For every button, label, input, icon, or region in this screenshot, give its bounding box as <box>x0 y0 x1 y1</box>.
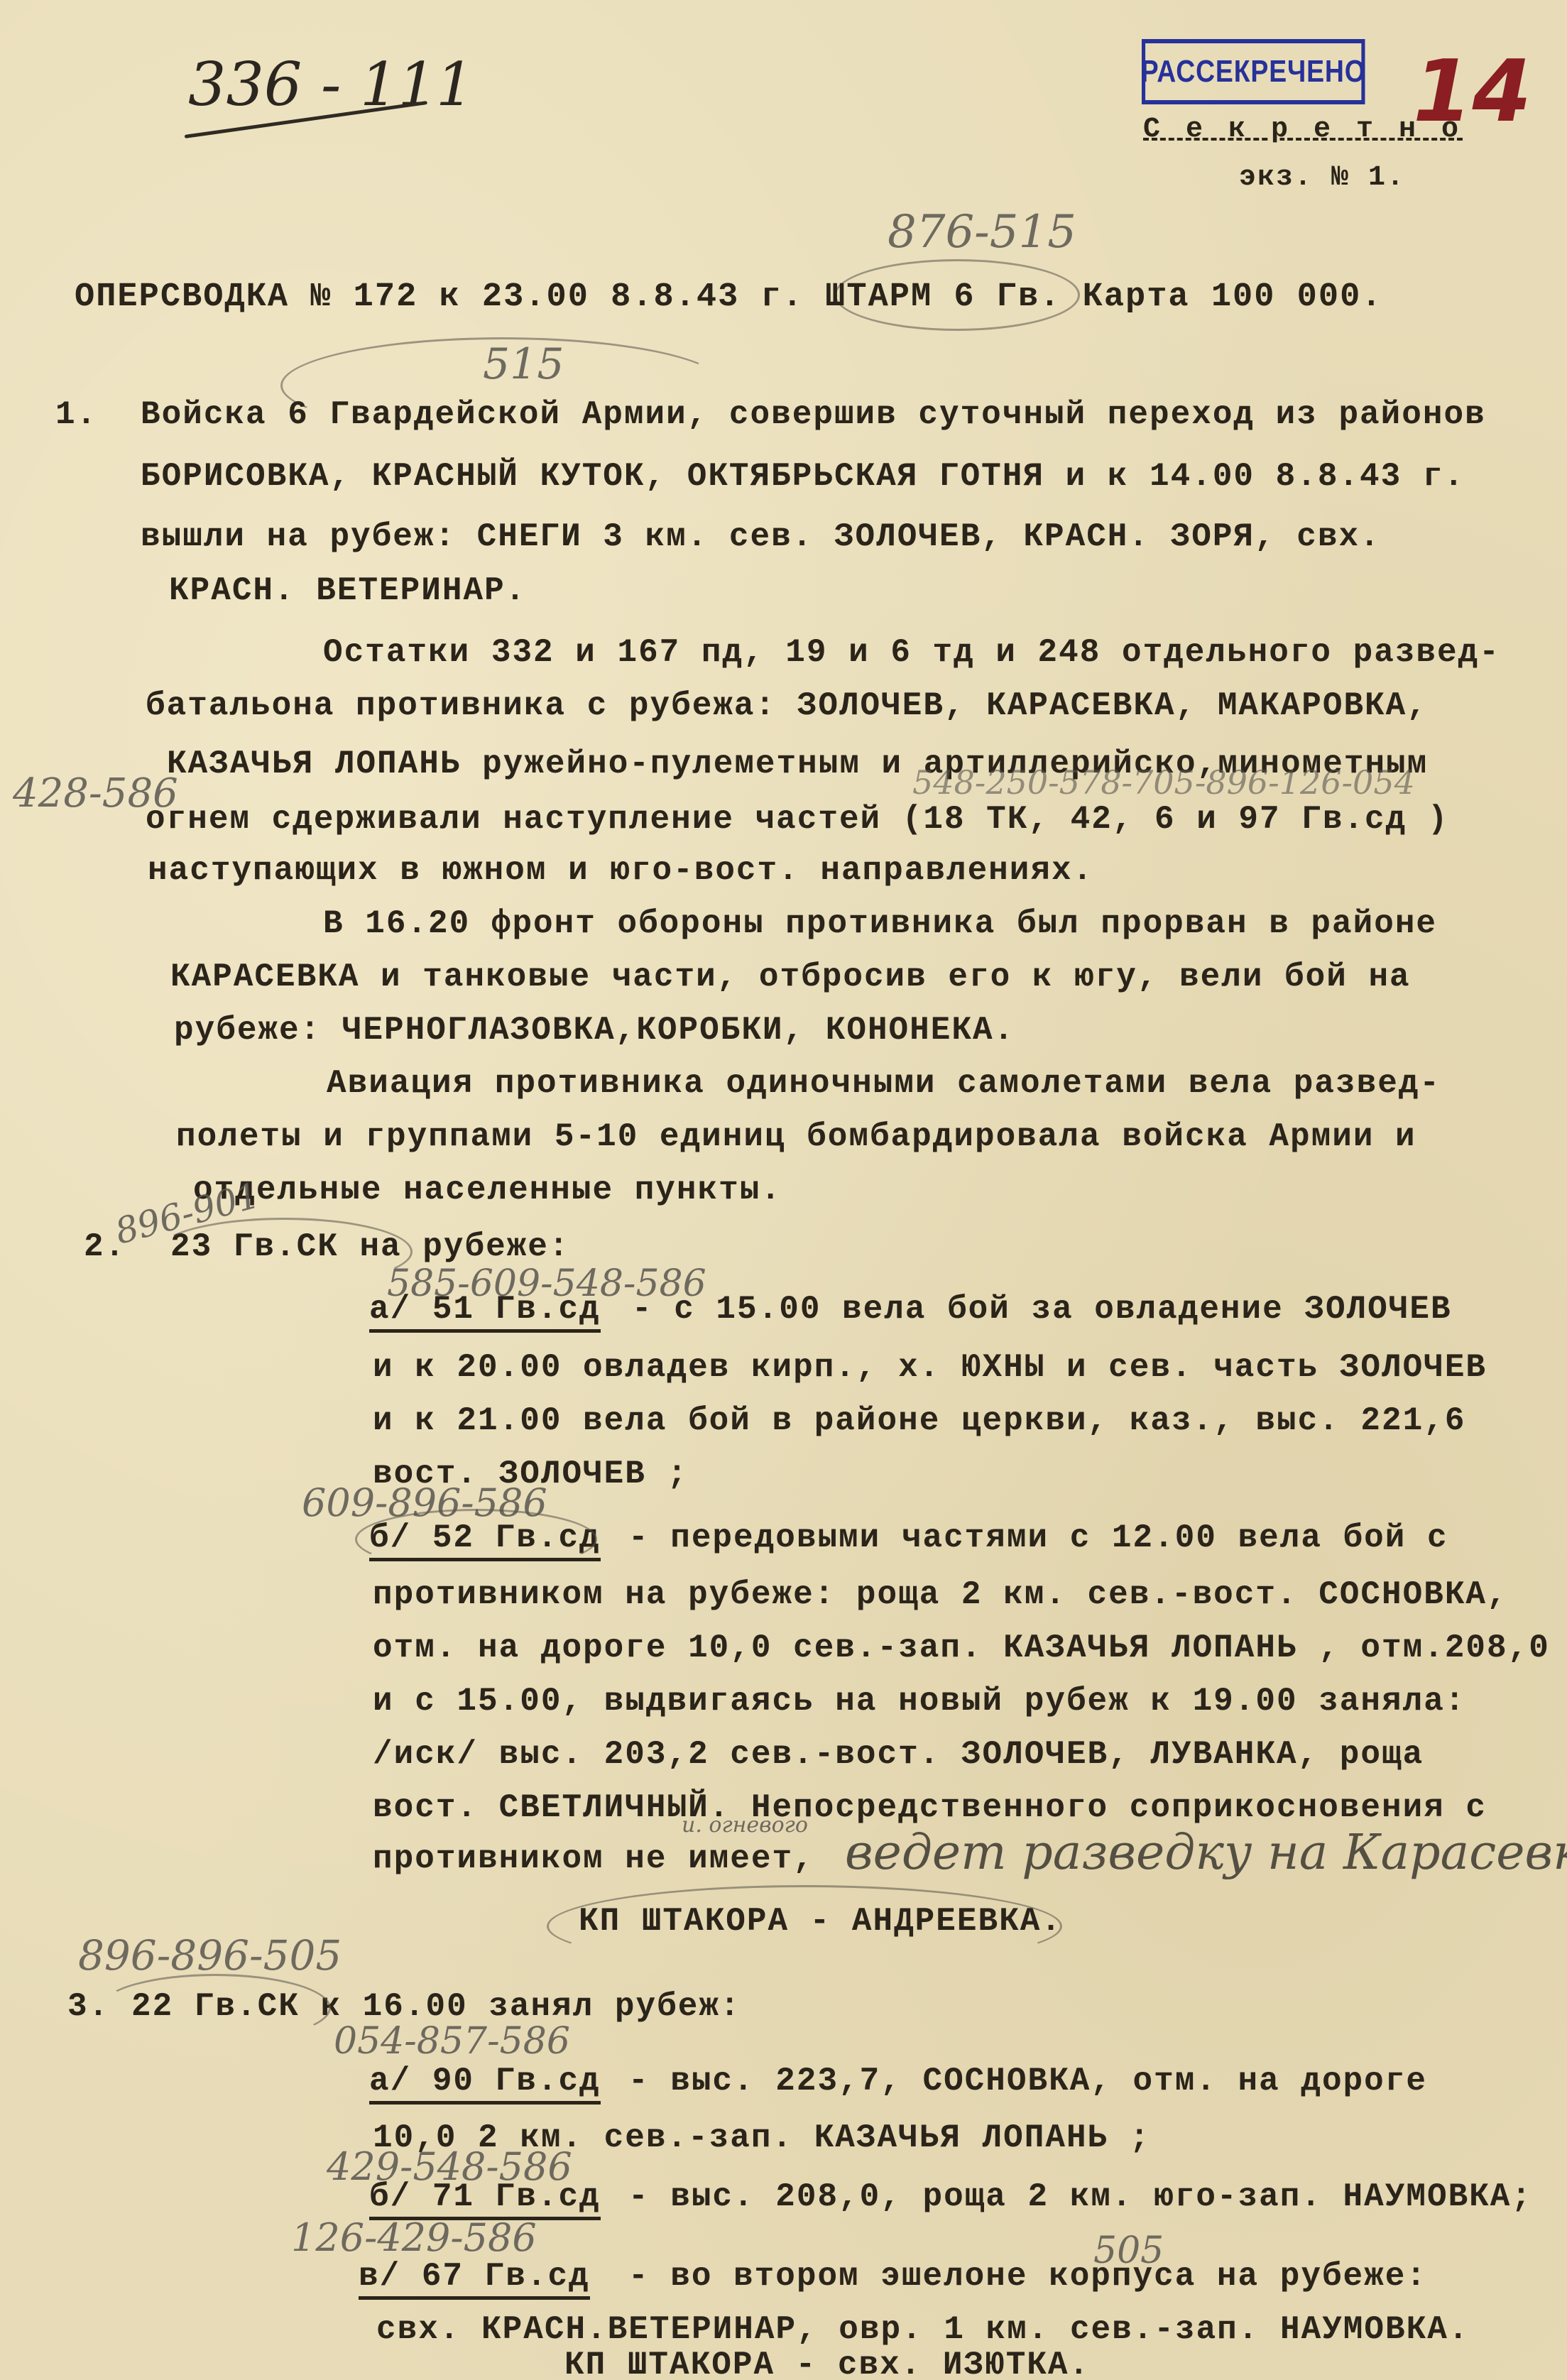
section2-item-b-circle <box>355 1509 597 1570</box>
document-title: ОПЕРСВОДКА № 172 к 23.00 8.8.43 г. ШТАРМ… <box>75 278 1382 316</box>
section1-para3-line3: рубеже: ЧЕРНОГЛАЗОВКА,КОРОБКИ, КОНОНЕКА. <box>174 1012 1015 1049</box>
section2-item-b-line6: вост. СВЕТЛИЧНЫЙ. Непосредственного сопр… <box>373 1789 1487 1826</box>
section3-item-c-line2: свх. КРАСН.ВЕТЕРИНАР, овр. 1 км. сев.-за… <box>376 2311 1469 2348</box>
section1-para2-line5: наступающих в южном и юго-вост. направле… <box>148 852 1093 889</box>
archival-document-page: 336 - 111 РАССЕКРЕЧЕНО 14 С е к р е т н … <box>0 0 1567 2380</box>
copy-number: экз. № 1. <box>1239 162 1405 194</box>
section3-item-c-annotation: 126-429-586 <box>291 2215 537 2260</box>
section1-para2-line2: батальона противника с рубежа: ЗОЛОЧЕВ, … <box>146 687 1428 724</box>
section1-para4-line1: Авиация противника одиночными самолетами… <box>327 1065 1441 1102</box>
section2-heading-circle <box>156 1218 413 1286</box>
section1-inline-annotation: 548-250-578-705-896-126-054 <box>912 763 1415 802</box>
section2-item-b-insertion: и. огневого <box>682 1813 808 1838</box>
section3-annotation: 896-896-505 <box>78 1931 342 1980</box>
section1-para4-line2: полеты и группами 5-10 единиц бомбардиро… <box>176 1118 1416 1155</box>
command-post-circle <box>547 1885 1062 1967</box>
section3-item-c-label: в/ 67 Гв.сд <box>359 2258 590 2300</box>
section1-para1-line4: КРАСН. ВЕТЕРИНАР. <box>169 572 526 609</box>
section2-item-b-line5: /иск/ выс. 203,2 сев.-вост. ЗОЛОЧЕВ, ЛУВ… <box>373 1736 1424 1773</box>
declassified-stamp: РАССЕКРЕЧЕНО <box>1142 39 1365 104</box>
section2-item-b-line4: и с 15.00, выдвигаясь на новый рубеж к 1… <box>373 1683 1465 1720</box>
section3-item-b-label: б/ 71 Гв.сд <box>369 2178 601 2220</box>
section2-number: 2. <box>84 1228 126 1265</box>
section3-item-a-annotation: 054-857-586 <box>334 2020 570 2063</box>
section3-item-c-line1: - во втором эшелоне корпуса на рубеже: <box>628 2258 1427 2295</box>
section2-item-b-line1: - передовыми частями с 12.00 вела бой с <box>628 1519 1448 1556</box>
archive-number: 336 - 111 <box>188 50 474 119</box>
section3-item-a-label: а/ 90 Гв.сд <box>369 2063 601 2105</box>
section2-item-a-line1: - с 15.00 вела бой за овладение ЗОЛОЧЕВ <box>632 1291 1452 1328</box>
section3-heading-circle <box>99 1974 331 2042</box>
stamp-label: РАССЕКРЕЧЕНО <box>1141 54 1366 89</box>
section2-item-a-line3: и к 21.00 вела бой в районе церкви, каз.… <box>373 1402 1465 1439</box>
section1-para1-line1: Войска 6 Гвардейской Армии, совершив сут… <box>141 396 1486 433</box>
section2-item-a-label: а/ 51 Гв.сд <box>369 1291 601 1333</box>
section2-item-b-handwritten-addition: ведет разведку на Карасевка <box>845 1825 1567 1881</box>
classification-label: С е к р е т н о <box>1143 114 1463 146</box>
section1-para3-line2: КАРАСЕВКА и танковые части, отбросив его… <box>170 959 1411 995</box>
section2-item-b-line7: противником не имеет, <box>373 1840 814 1877</box>
section2-item-b-line3: отм. на дороге 10,0 сев.-зап. КАЗАЧЬЯ ЛО… <box>373 1630 1550 1666</box>
section3-item-c-line3: КП ШТАКОРА - свх. ИЗЮТКА. <box>564 2347 1090 2380</box>
header-annotation: 876-515 <box>888 206 1076 258</box>
section1-para4-line3: отдельные населенные пункты. <box>193 1172 782 1208</box>
section1-para2-line1: Остатки 332 и 167 пд, 19 и 6 тд и 248 от… <box>323 634 1500 671</box>
section1-para1-line2: БОРИСОВКА, КРАСНЫЙ КУТОК, ОКТЯБРЬСКАЯ ГО… <box>141 458 1465 495</box>
section1-para3-line1: В 16.20 фронт обороны противника был про… <box>323 905 1437 942</box>
section3-item-b-line1: - выс. 208,0, роща 2 км. юго-зап. НАУМОВ… <box>628 2178 1532 2215</box>
section1-number: 1. <box>55 396 97 433</box>
section1-para2-line4: огнем сдерживали наступление частей (18 … <box>146 801 1448 838</box>
section1-para1-line3: вышли на рубеж: СНЕГИ 3 км. сев. ЗОЛОЧЕВ… <box>141 518 1381 555</box>
section2-item-b-line2: противником на рубеже: роща 2 км. сев.-в… <box>373 1576 1508 1613</box>
section3-item-a-line1: - выс. 223,7, СОСНОВКА, отм. на дороге <box>628 2063 1427 2100</box>
section2-item-a-line2: и к 20.00 овладев кирп., х. ЮХНЫ и сев. … <box>373 1349 1487 1386</box>
